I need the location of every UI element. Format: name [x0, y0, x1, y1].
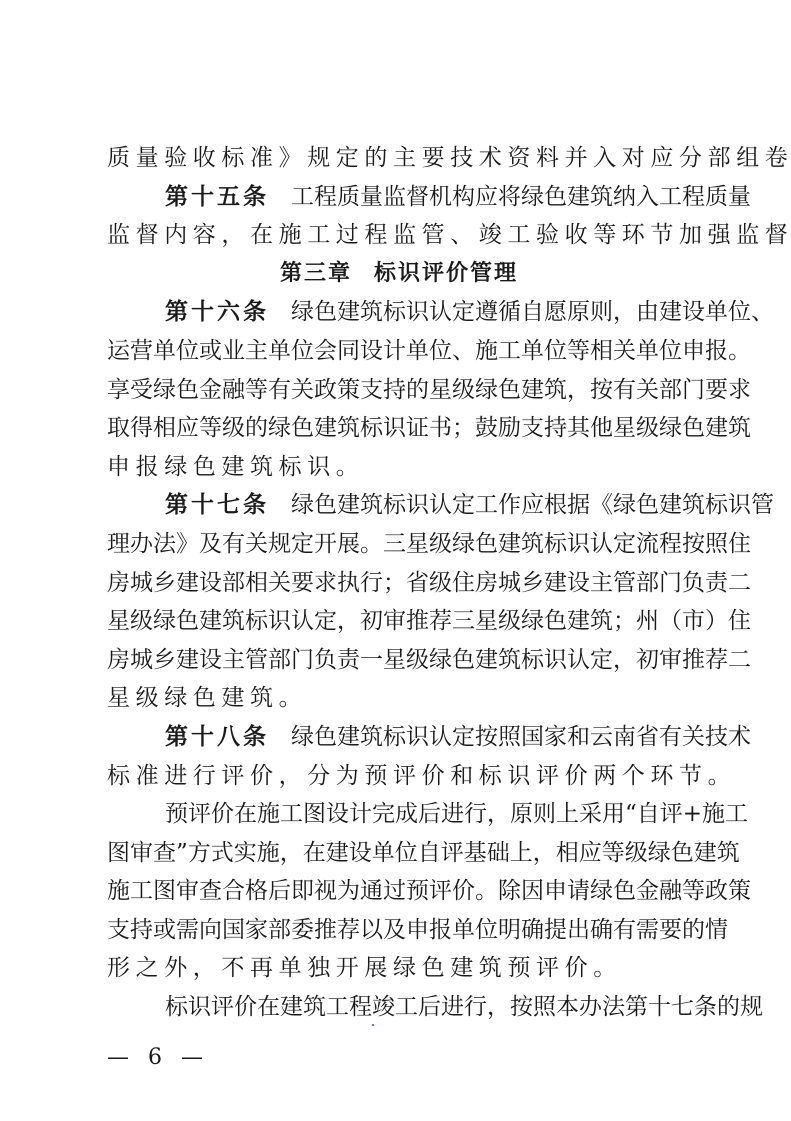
- article-title: 第十八条: [165, 724, 269, 750]
- body-line: 享受绿色金融等有关政策支持的星级绿色建筑，按有关部门要求: [107, 371, 691, 410]
- article-15-line: 第十五条工程质量监督机构应将绿色建筑纳入工程质量: [107, 178, 691, 217]
- body-line: 星级绿色建筑标识认定，初审推荐三星级绿色建筑；州（市）住: [107, 602, 691, 641]
- body-line: 监督内容，在施工过程监管、竣工验收等环节加强监督管理。: [107, 216, 691, 255]
- article-text: 绿色建筑标识认定遵循自愿原则，由建设单位、: [291, 299, 774, 325]
- chapter-heading: 第三章标识评价管理: [107, 255, 691, 294]
- article-title: 第十五条: [165, 184, 269, 210]
- body-line: 申报绿色建筑标识。: [107, 448, 691, 487]
- body-line: 形之外，不再单独开展绿色建筑预评价。: [107, 949, 691, 988]
- article-text: 绿色建筑标识认定工作应根据《绿色建筑标识管: [291, 492, 774, 518]
- body-line: 施工图审查合格后即视为通过预评价。除因申请绿色金融等政策: [107, 872, 691, 911]
- article-text: 绿色建筑标识认定按照国家和云南省有关技术: [291, 724, 751, 750]
- scan-speck: [372, 1024, 374, 1026]
- body-line: 质量验收标准》规定的主要技术资料并入对应分部组卷。: [107, 139, 691, 178]
- article-title: 第十六条: [165, 299, 269, 325]
- chapter-title: 标识评价管理: [374, 261, 518, 286]
- body-line: 预评价在施工图设计完成后进行，原则上采用“自评+施工: [107, 795, 691, 834]
- body-line: 星级绿色建筑。: [107, 679, 691, 718]
- page-number: — 6 —: [107, 1045, 209, 1070]
- document-page: 质量验收标准》规定的主要技术资料并入对应分部组卷。 第十五条工程质量监督机构应将…: [107, 139, 691, 1027]
- body-line: 房城乡建设部相关要求执行；省级住房城乡建设主管部门负责二: [107, 564, 691, 603]
- body-line: 房城乡建设主管部门负责一星级绿色建筑标识认定，初审推荐二: [107, 641, 691, 680]
- chapter-number: 第三章: [280, 261, 352, 286]
- article-title: 第十七条: [165, 492, 269, 518]
- body-line: 标准进行评价，分为预评价和标识评价两个环节。: [107, 757, 691, 796]
- body-line: 理办法》及有关规定开展。三星级绿色建筑标识认定流程按照住: [107, 525, 691, 564]
- article-16-line: 第十六条绿色建筑标识认定遵循自愿原则，由建设单位、: [107, 293, 691, 332]
- article-text: 工程质量监督机构应将绿色建筑纳入工程质量: [291, 184, 751, 210]
- article-18-line: 第十八条绿色建筑标识认定按照国家和云南省有关技术: [107, 718, 691, 757]
- article-17-line: 第十七条绿色建筑标识认定工作应根据《绿色建筑标识管: [107, 486, 691, 525]
- body-line: 标识评价在建筑工程竣工后进行，按照本办法第十七条的规: [107, 988, 691, 1027]
- body-line: 支持或需向国家部委推荐以及申报单位明确提出确有需要的情: [107, 911, 691, 950]
- body-line: 图审查”方式实施，在建设单位自评基础上，相应等级绿色建筑: [107, 834, 691, 873]
- body-line: 运营单位或业主单位会同设计单位、施工单位等相关单位申报。: [107, 332, 691, 371]
- body-line: 取得相应等级的绿色建筑标识证书；鼓励支持其他星级绿色建筑: [107, 409, 691, 448]
